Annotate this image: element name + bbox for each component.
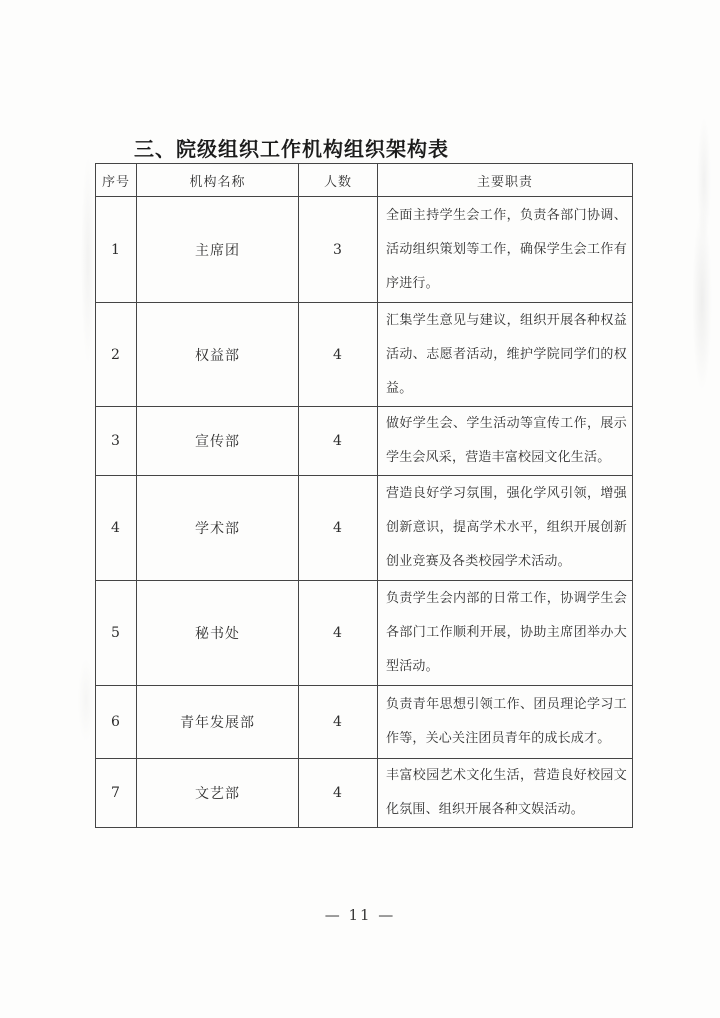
column-header-org-name: 机构名称 [137, 164, 299, 197]
org-name-cell: 宣传部 [137, 407, 299, 476]
org-name-cell: 学术部 [137, 476, 299, 581]
member-count-cell: 4 [299, 303, 378, 407]
member-count-cell: 4 [299, 686, 378, 759]
table-row: 2权益部4汇集学生意见与建议，组织开展各种权益活动、志愿者活动，维护学院同学们的… [96, 303, 633, 407]
duty-cell: 做好学生会、学生活动等宣传工作，展示学生会风采，营造丰富校园文化生活。 [378, 407, 633, 476]
page-number: — 11 — [0, 906, 720, 924]
table-row: 1主席团3全面主持学生会工作，负责各部门协调、活动组织策划等工作，确保学生会工作… [96, 197, 633, 303]
table-row: 3宣传部4做好学生会、学生活动等宣传工作，展示学生会风采，营造丰富校园文化生活。 [96, 407, 633, 476]
column-header-member-count: 人数 [299, 164, 378, 197]
column-header-serial-number: 序号 [96, 164, 137, 197]
row-number-cell: 3 [96, 407, 137, 476]
member-count-cell: 3 [299, 197, 378, 303]
duty-cell: 营造良好学习氛围，强化学风引领，增强创新意识，提高学术水平，组织开展创新创业竞赛… [378, 476, 633, 581]
member-count-cell: 4 [299, 581, 378, 686]
duty-cell: 丰富校园艺术文化生活，营造良好校园文化氛围、组织开展各种文娱活动。 [378, 759, 633, 828]
duty-cell: 全面主持学生会工作，负责各部门协调、活动组织策划等工作，确保学生会工作有序进行。 [378, 197, 633, 303]
row-number-cell: 2 [96, 303, 137, 407]
row-number-cell: 6 [96, 686, 137, 759]
table-row: 5秘书处4负责学生会内部的日常工作，协调学生会各部门工作顺利开展，协助主席团举办… [96, 581, 633, 686]
table-header-row: 序号机构名称人数主要职责 [96, 164, 633, 197]
org-name-cell: 主席团 [137, 197, 299, 303]
column-header-main-duties: 主要职责 [378, 164, 633, 197]
row-number-cell: 4 [96, 476, 137, 581]
member-count-cell: 4 [299, 407, 378, 476]
org-name-cell: 文艺部 [137, 759, 299, 828]
table-header: 序号机构名称人数主要职责 [96, 164, 633, 197]
table-row: 4学术部4营造良好学习氛围，强化学风引领，增强创新意识，提高学术水平，组织开展创… [96, 476, 633, 581]
org-structure-table: 序号机构名称人数主要职责 1主席团3全面主持学生会工作，负责各部门协调、活动组织… [95, 163, 633, 828]
duty-cell: 负责学生会内部的日常工作，协调学生会各部门工作顺利开展，协助主席团举办大型活动。 [378, 581, 633, 686]
row-number-cell: 5 [96, 581, 137, 686]
org-name-cell: 青年发展部 [137, 686, 299, 759]
row-number-cell: 1 [96, 197, 137, 303]
member-count-cell: 4 [299, 759, 378, 828]
table-row: 7文艺部4丰富校园艺术文化生活，营造良好校园文化氛围、组织开展各种文娱活动。 [96, 759, 633, 828]
document-page: 三、院级组织工作机构组织架构表 序号机构名称人数主要职责 1主席团3全面主持学生… [0, 0, 720, 1018]
table-row: 6青年发展部4负责青年思想引领工作、团员理论学习工作等，关心关注团员青年的成长成… [96, 686, 633, 759]
org-name-cell: 秘书处 [137, 581, 299, 686]
duty-cell: 负责青年思想引领工作、团员理论学习工作等，关心关注团员青年的成长成才。 [378, 686, 633, 759]
row-number-cell: 7 [96, 759, 137, 828]
table-body: 1主席团3全面主持学生会工作，负责各部门协调、活动组织策划等工作，确保学生会工作… [96, 197, 633, 828]
duty-cell: 汇集学生意见与建议，组织开展各种权益活动、志愿者活动，维护学院同学们的权益。 [378, 303, 633, 407]
org-name-cell: 权益部 [137, 303, 299, 407]
section-title: 三、院级组织工作机构组织架构表 [134, 133, 449, 162]
member-count-cell: 4 [299, 476, 378, 581]
